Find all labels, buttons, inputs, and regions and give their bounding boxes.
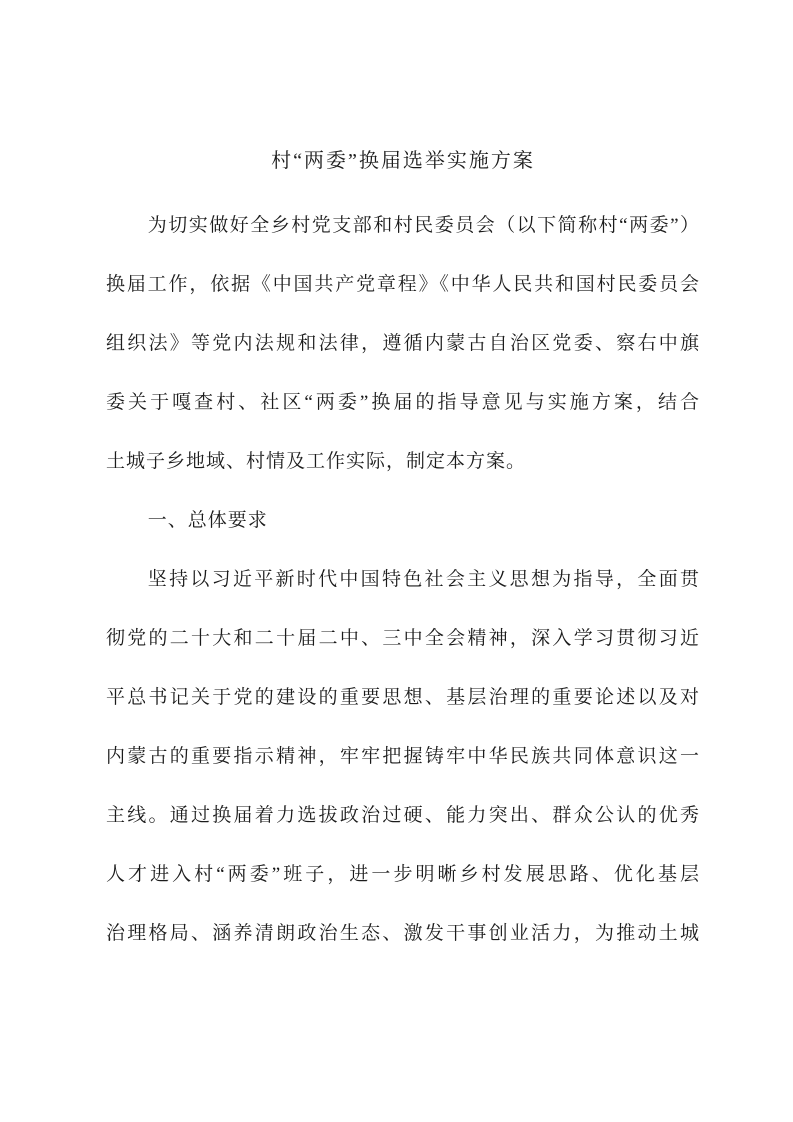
text-line: 委关于嘎查村、社区“两委”换届的指导意见与实施方案，结合 bbox=[106, 373, 700, 432]
text-line: 主线。通过换届着力选拔政治过硬、能力突出、群众公认的优秀 bbox=[106, 786, 700, 845]
text-line: 内蒙古的重要指示精神，牢牢把握铸牢中华民族共同体意识这一 bbox=[106, 727, 700, 786]
document-body: 为切实做好全乡村党支部和村民委员会（以下简称村“两委”）换届工作，依据《中国共产… bbox=[106, 196, 700, 963]
document-page: { "document": { "title": "村“两委”换届选举实施方案"… bbox=[0, 0, 793, 1122]
document-title: 村“两委”换届选举实施方案 bbox=[106, 146, 700, 176]
text-line: 组织法》等党内法规和法律，遵循内蒙古自治区党委、察右中旗 bbox=[106, 314, 700, 373]
text-line: 人才进入村“两委”班子，进一步明晰乡村发展思路、优化基层 bbox=[106, 845, 700, 904]
text-line: 为切实做好全乡村党支部和村民委员会（以下简称村“两委”） bbox=[106, 196, 700, 255]
section-heading: 一、总体要求 bbox=[106, 491, 700, 550]
text-line: 治理格局、涵养清朗政治生态、激发干事创业活力，为推动土城 bbox=[106, 904, 700, 963]
text-line: 平总书记关于党的建设的重要思想、基层治理的重要论述以及对 bbox=[106, 668, 700, 727]
text-line: 土城子乡地域、村情及工作实际，制定本方案。 bbox=[106, 432, 700, 491]
text-line: 坚持以习近平新时代中国特色社会主义思想为指导，全面贯 bbox=[106, 550, 700, 609]
text-line: 彻党的二十大和二十届二中、三中全会精神，深入学习贯彻习近 bbox=[106, 609, 700, 668]
document-content: 村“两委”换届选举实施方案 为切实做好全乡村党支部和村民委员会（以下简称村“两委… bbox=[106, 146, 700, 963]
text-line: 换届工作，依据《中国共产党章程》《中华人民共和国村民委员会 bbox=[106, 255, 700, 314]
